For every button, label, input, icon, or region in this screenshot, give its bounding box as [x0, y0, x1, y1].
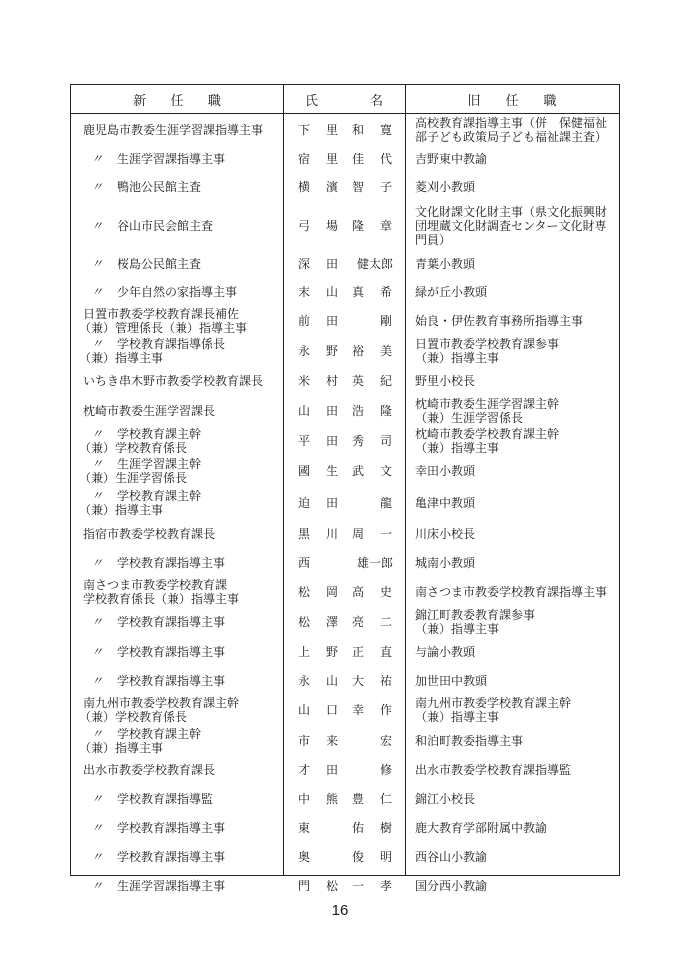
- header-char: 任: [170, 90, 183, 109]
- name-char: 龍: [379, 496, 393, 510]
- name-char: 健太郎: [357, 257, 393, 271]
- old-post-text: 枕崎市教委生涯学習課主幹: [415, 397, 617, 411]
- person-name: 中熊豊仁: [297, 792, 393, 806]
- new-post-text: （兼）指導主事: [79, 741, 281, 755]
- new-post-text: 学校教育課指導主事: [111, 674, 225, 688]
- name-char: 田: [325, 257, 339, 271]
- name-char: 正: [351, 645, 365, 659]
- name-char: 山: [325, 674, 339, 688]
- name-char: 二: [379, 615, 393, 629]
- new-post-text: （兼）学校教育係長: [79, 441, 281, 455]
- ditto-mark: 〃: [83, 821, 111, 835]
- old-post-cell: 城南小教頭: [415, 549, 617, 577]
- header-char: 職: [543, 90, 556, 109]
- table-row: 南九州市教委学校教育課主幹（兼）学校教育係長山口幸作南九州市教委学校教育課主幹（…: [71, 695, 619, 725]
- table-row: 指宿市教委学校教育課長黒川周一川床小校長: [71, 519, 619, 549]
- name-cell: 永山大祐: [297, 666, 393, 695]
- new-post-text: 鴨池公民館主査: [111, 180, 201, 194]
- name-char: 山: [297, 703, 311, 717]
- person-name: 奥俊明: [297, 850, 393, 864]
- name-cell: 黒川周一: [297, 519, 393, 549]
- new-post-cell: いちき串木野市教委学校教育課長: [83, 366, 281, 396]
- name-char: 寛: [379, 123, 393, 137]
- name-char: 宏: [379, 734, 393, 748]
- person-name: 西雄一郎: [297, 556, 393, 570]
- name-char: 和: [351, 123, 365, 137]
- name-char: 上: [297, 645, 311, 659]
- name-char: 作: [379, 703, 393, 717]
- name-char: 野: [325, 344, 339, 358]
- ditto-mark: 〃: [83, 457, 111, 471]
- name-char: 明: [379, 850, 393, 864]
- person-name: 松岡高史: [297, 585, 393, 599]
- name-char: 生: [325, 464, 339, 478]
- new-post-text: 学校教育課指導主事: [111, 615, 225, 629]
- old-post-text: 団埋蔵文化財調査センター文化財専: [415, 219, 617, 233]
- new-post-cell: 〃学校教育課主幹（兼）学校教育係長: [83, 426, 281, 456]
- old-post-text: 西谷山小教諭: [415, 850, 617, 864]
- new-post-text: 少年自然の家指導主事: [111, 285, 237, 299]
- name-char: 前: [297, 314, 311, 328]
- name-char: 場: [325, 219, 339, 233]
- name-cell: 前田剛: [297, 306, 393, 336]
- new-post-text: 学校教育課指導主事: [111, 821, 225, 835]
- old-post-cell: 与論小教頭: [415, 637, 617, 666]
- name-cell: 永野裕美: [297, 336, 393, 366]
- table-row: 鹿児島市教委生涯学習課指導主事下里和寛高校教育課指導主事（併 保健福祉部子ども政…: [71, 115, 619, 145]
- name-char: 秀: [351, 434, 365, 448]
- header-char: 新: [133, 90, 146, 109]
- old-post-text: 野里小校長: [415, 374, 617, 388]
- person-name: 迫田龍: [297, 496, 393, 510]
- old-post-cell: 文化財課文化財主事（県文化振興財団埋蔵文化財調査センター文化財専門員）: [415, 202, 617, 249]
- person-name: 永山大祐: [297, 674, 393, 688]
- name-char: 仁: [379, 792, 393, 806]
- name-char: 祐: [379, 674, 393, 688]
- ditto-mark: 〃: [83, 219, 111, 233]
- name-char: 末: [297, 285, 311, 299]
- name-char: 澤: [325, 615, 339, 629]
- new-post-text: （兼）指導主事: [79, 351, 281, 365]
- header-char: 職: [208, 90, 221, 109]
- old-post-cell: 幸田小教頭: [415, 456, 617, 486]
- name-char: 孝: [379, 879, 393, 893]
- name-char: 熊: [325, 792, 339, 806]
- new-post-line: 〃学校教育課指導主事: [83, 645, 281, 659]
- name-char: 迫: [297, 496, 311, 510]
- person-name: 永野裕美: [297, 344, 393, 358]
- old-post-text: 菱刈小教頭: [415, 180, 617, 194]
- name-cell: 市来宏: [297, 725, 393, 756]
- old-post-text: （兼）生涯学習係長: [415, 411, 617, 425]
- name-char: [325, 821, 339, 835]
- ditto-mark: 〃: [83, 674, 111, 688]
- person-name: 山口幸作: [297, 703, 393, 717]
- name-char: 永: [297, 344, 311, 358]
- name-char: 國: [297, 464, 311, 478]
- name-char: 佑: [351, 821, 365, 835]
- name-char: 浩: [351, 404, 365, 418]
- ditto-mark: 〃: [83, 615, 111, 629]
- new-post-cell: 〃学校教育課指導主事: [83, 637, 281, 666]
- person-name: 弓場隆章: [297, 219, 393, 233]
- ditto-mark: 〃: [83, 257, 111, 271]
- old-post-cell: 南九州市教委学校教育課主幹（兼）指導主事: [415, 695, 617, 725]
- person-name: 松澤亮二: [297, 615, 393, 629]
- old-post-text: （兼）指導主事: [415, 710, 617, 724]
- name-char: 平: [297, 434, 311, 448]
- new-post-cell: 〃学校教育課指導係長（兼）指導主事: [83, 336, 281, 366]
- old-post-text: 南九州市教委学校教育課主幹: [415, 696, 617, 710]
- old-post-cell: 青葉小教頭: [415, 249, 617, 278]
- name-char: 希: [379, 285, 393, 299]
- name-char: 裕: [351, 344, 365, 358]
- name-char: 真: [351, 285, 365, 299]
- name-char: 直: [379, 645, 393, 659]
- new-post-line: 〃生涯学習課指導主事: [83, 152, 281, 166]
- name-char: 樹: [379, 821, 393, 835]
- name-char: 米: [297, 374, 311, 388]
- old-post-cell: 南さつま市教委学校教育課指導主事: [415, 577, 617, 607]
- new-post-text: 日置市教委学校教育課長補佐: [83, 307, 281, 321]
- table-row: 〃桜島公民館主査深田健太郎青葉小教頭: [71, 249, 619, 278]
- new-post-text: 生涯学習課指導主事: [111, 152, 225, 166]
- name-cell: 松岡高史: [297, 577, 393, 607]
- old-post-cell: 始良・伊佐教育事務所指導主事: [415, 306, 617, 336]
- ditto-mark: 〃: [83, 337, 111, 351]
- name-char: 川: [325, 527, 339, 541]
- ditto-mark: 〃: [83, 850, 111, 864]
- table-row: 〃学校教育課主幹（兼）指導主事市来宏和泊町教委指導主事: [71, 725, 619, 756]
- new-post-text: 学校教育課指導主事: [111, 850, 225, 864]
- ditto-mark: 〃: [83, 645, 111, 659]
- name-char: 黒: [297, 527, 311, 541]
- old-post-text: 鹿大教育学部附属中教諭: [415, 821, 617, 835]
- person-name: 前田剛: [297, 314, 393, 328]
- name-char: [325, 850, 339, 864]
- name-cell: 東佑樹: [297, 813, 393, 842]
- table-row: 〃谷山市民会館主査弓場隆章文化財課文化財主事（県文化振興財団埋蔵文化財調査センタ…: [71, 202, 619, 249]
- name-char: 村: [325, 374, 339, 388]
- new-post-cell: 〃学校教育課指導監: [83, 784, 281, 813]
- new-post-text: 学校教育課指導監: [111, 792, 213, 806]
- name-cell: 迫田龍: [297, 486, 393, 519]
- old-post-text: 青葉小教頭: [415, 257, 617, 271]
- old-post-text: （兼）指導主事: [415, 622, 617, 636]
- old-post-text: （兼）指導主事: [415, 351, 617, 365]
- ditto-mark: 〃: [83, 556, 111, 570]
- name-char: 里: [325, 152, 339, 166]
- new-post-text: 学校教育課指導係長: [111, 337, 225, 351]
- table-row: 〃学校教育課指導主事永山大祐加世田中教頭: [71, 666, 619, 695]
- new-post-text: 学校教育課指導主事: [111, 556, 225, 570]
- name-char: 智: [351, 180, 365, 194]
- new-post-text: 学校教育課主幹: [111, 427, 201, 441]
- name-char: 修: [379, 763, 393, 777]
- name-char: 大: [351, 674, 365, 688]
- name-cell: 宿里佳代: [297, 145, 393, 172]
- new-post-cell: 〃学校教育課指導主事: [83, 549, 281, 577]
- header-name: 氏 名: [283, 85, 405, 114]
- new-post-line: 〃学校教育課主幹: [83, 427, 281, 441]
- ditto-mark: 〃: [83, 879, 111, 893]
- name-char: 田: [325, 434, 339, 448]
- new-post-line: 〃学校教育課指導主事: [83, 674, 281, 688]
- old-post-text: 亀津中教頭: [415, 496, 617, 510]
- name-cell: 上野正直: [297, 637, 393, 666]
- name-cell: 中熊豊仁: [297, 784, 393, 813]
- old-post-cell: 川床小校長: [415, 519, 617, 549]
- old-post-text: 加世田中教頭: [415, 674, 617, 688]
- new-post-line: 〃生涯学習課指導主事: [83, 879, 281, 893]
- old-post-cell: 西谷山小教諭: [415, 842, 617, 871]
- old-post-cell: 吉野東中教諭: [415, 145, 617, 172]
- name-char: 東: [297, 821, 311, 835]
- name-cell: 奥俊明: [297, 842, 393, 871]
- name-char: 野: [325, 645, 339, 659]
- name-char: 文: [379, 464, 393, 478]
- name-cell: 才田修: [297, 756, 393, 784]
- old-post-text: 和泊町教委指導主事: [415, 734, 617, 748]
- name-cell: 平田秀司: [297, 426, 393, 456]
- header-new-post: 新 任 職: [71, 85, 283, 114]
- new-post-cell: 〃学校教育課主幹（兼）指導主事: [83, 486, 281, 519]
- name-char: 来: [325, 734, 339, 748]
- name-char: 下: [297, 123, 311, 137]
- name-char: 山: [297, 404, 311, 418]
- ditto-mark: 〃: [83, 792, 111, 806]
- name-char: 門: [297, 879, 311, 893]
- name-char: 一: [379, 527, 393, 541]
- table-row: 〃学校教育課指導係長（兼）指導主事永野裕美日置市教委学校教育課参事（兼）指導主事: [71, 336, 619, 366]
- person-name: 黒川周一: [297, 527, 393, 541]
- name-char: 松: [297, 615, 311, 629]
- person-name: 門松一孝: [297, 879, 393, 893]
- old-post-text: 部子ども政策局子ども福祉課主査）: [415, 130, 617, 144]
- new-post-line: 〃生涯学習課主幹: [83, 457, 281, 471]
- ditto-mark: 〃: [83, 180, 111, 194]
- header-old-post: 旧 任 職: [405, 85, 619, 114]
- new-post-line: 〃鴨池公民館主査: [83, 180, 281, 194]
- new-post-cell: 〃学校教育課主幹（兼）指導主事: [83, 725, 281, 756]
- person-name: 才田修: [297, 763, 393, 777]
- new-post-line: 〃学校教育課指導主事: [83, 556, 281, 570]
- name-char: 亮: [351, 615, 365, 629]
- new-post-text: 桜島公民館主査: [111, 257, 201, 271]
- name-cell: 深田健太郎: [297, 249, 393, 278]
- name-char: 田: [325, 404, 339, 418]
- old-post-text: 国分西小教諭: [415, 879, 617, 893]
- old-post-cell: 鹿大教育学部附属中教諭: [415, 813, 617, 842]
- new-post-cell: 〃桜島公民館主査: [83, 249, 281, 278]
- person-name: 横濱智子: [297, 180, 393, 194]
- old-post-text: 枕崎市教委学校教育課主幹: [415, 427, 617, 441]
- new-post-text: （兼）学校教育係長: [79, 710, 281, 724]
- name-char: 俊: [351, 850, 365, 864]
- old-post-text: 文化財課文化財主事（県文化振興財: [415, 205, 617, 219]
- name-char: 雄一郎: [357, 556, 393, 570]
- table-row: 〃学校教育課指導主事松澤亮二錦江町教委教育課参事（兼）指導主事: [71, 607, 619, 637]
- old-post-cell: 錦江小校長: [415, 784, 617, 813]
- new-post-cell: 指宿市教委学校教育課長: [83, 519, 281, 549]
- old-post-cell: 亀津中教頭: [415, 486, 617, 519]
- page-number: 16: [0, 902, 680, 919]
- old-post-text: （兼）指導主事: [415, 441, 617, 455]
- ditto-mark: 〃: [83, 427, 111, 441]
- name-char: 濱: [325, 180, 339, 194]
- name-char: 佳: [351, 152, 365, 166]
- table-row: 出水市教委学校教育課長才田修出水市教委学校教育課指導監: [71, 756, 619, 784]
- new-post-text: 学校教育課主幹: [111, 727, 201, 741]
- name-char: 田: [325, 496, 339, 510]
- new-post-text: 谷山市民会館主査: [111, 219, 213, 233]
- person-name: 宿里佳代: [297, 152, 393, 166]
- name-char: 美: [379, 344, 393, 358]
- old-post-cell: 和泊町教委指導主事: [415, 725, 617, 756]
- old-post-text: 出水市教委学校教育課指導監: [415, 763, 617, 777]
- name-char: 一: [351, 879, 365, 893]
- name-char: 松: [297, 585, 311, 599]
- header-char: 氏: [305, 90, 318, 109]
- name-char: 章: [379, 219, 393, 233]
- table-row: 〃学校教育課指導主事東佑樹鹿大教育学部附属中教諭: [71, 813, 619, 842]
- old-post-cell: 出水市教委学校教育課指導監: [415, 756, 617, 784]
- new-post-text: 枕崎市教委生涯学習課長: [83, 404, 281, 418]
- name-char: 代: [379, 152, 393, 166]
- new-post-text: 生涯学習課指導主事: [111, 879, 225, 893]
- old-post-cell: 日置市教委学校教育課参事（兼）指導主事: [415, 336, 617, 366]
- table-row: 〃学校教育課主幹（兼）学校教育係長平田秀司枕崎市教委学校教育課主幹（兼）指導主事: [71, 426, 619, 456]
- name-char: 永: [297, 674, 311, 688]
- new-post-text: 鹿児島市教委生涯学習課指導主事: [83, 123, 281, 137]
- old-post-text: 城南小教頭: [415, 556, 617, 570]
- old-post-cell: 枕崎市教委生涯学習課主幹（兼）生涯学習係長: [415, 396, 617, 426]
- name-char: 岡: [325, 585, 339, 599]
- new-post-text: 指宿市教委学校教育課長: [83, 527, 281, 541]
- new-post-text: 南九州市教委学校教育課主幹: [83, 696, 281, 710]
- old-post-text: 川床小校長: [415, 527, 617, 541]
- ditto-mark: 〃: [83, 727, 111, 741]
- name-cell: 山口幸作: [297, 695, 393, 725]
- name-char: 才: [297, 763, 311, 777]
- new-post-cell: 枕崎市教委生涯学習課長: [83, 396, 281, 426]
- new-post-text: （兼）管理係長（兼）指導主事: [79, 321, 281, 335]
- new-post-line: 〃少年自然の家指導主事: [83, 285, 281, 299]
- new-post-cell: 〃鴨池公民館主査: [83, 172, 281, 202]
- person-name: 東佑樹: [297, 821, 393, 835]
- name-cell: 下里和寛: [297, 115, 393, 145]
- old-post-cell: 高校教育課指導主事（併 保健福祉部子ども政策局子ども福祉課主査）: [415, 115, 617, 145]
- name-char: 深: [297, 257, 311, 271]
- new-post-line: 〃学校教育課指導監: [83, 792, 281, 806]
- header-char: 旧: [467, 90, 480, 109]
- table-row: 〃学校教育課指導監中熊豊仁錦江小校長: [71, 784, 619, 813]
- old-post-cell: 野里小校長: [415, 366, 617, 396]
- old-post-text: 錦江小校長: [415, 792, 617, 806]
- name-char: 周: [351, 527, 365, 541]
- table-row: 〃学校教育課指導主事奥俊明西谷山小教諭: [71, 842, 619, 871]
- old-post-text: 吉野東中教諭: [415, 152, 617, 166]
- name-char: 紀: [379, 374, 393, 388]
- name-char: 宿: [297, 152, 311, 166]
- old-post-cell: 枕崎市教委学校教育課主幹（兼）指導主事: [415, 426, 617, 456]
- old-post-text: 高校教育課指導主事（併 保健福祉: [415, 116, 617, 130]
- name-char: 隆: [351, 219, 365, 233]
- old-post-text: 始良・伊佐教育事務所指導主事: [415, 314, 617, 328]
- table-row: 南さつま市教委学校教育課学校教育係長（兼）指導主事松岡高史南さつま市教委学校教育…: [71, 577, 619, 607]
- header-char: 任: [505, 90, 518, 109]
- table-row: 〃鴨池公民館主査横濱智子菱刈小教頭: [71, 172, 619, 202]
- new-post-line: 〃学校教育課指導主事: [83, 615, 281, 629]
- name-cell: 末山真希: [297, 278, 393, 306]
- name-char: 剛: [379, 314, 393, 328]
- new-post-cell: 〃学校教育課指導主事: [83, 813, 281, 842]
- person-name: 深田健太郎: [297, 257, 393, 271]
- new-post-text: 生涯学習課主幹: [111, 457, 201, 471]
- person-name: 國生武文: [297, 464, 393, 478]
- new-post-cell: 南さつま市教委学校教育課学校教育係長（兼）指導主事: [83, 577, 281, 607]
- new-post-line: 〃学校教育課主幹: [83, 727, 281, 741]
- ditto-mark: 〃: [83, 152, 111, 166]
- new-post-line: 〃学校教育課指導係長: [83, 337, 281, 351]
- person-name: 山田浩隆: [297, 404, 393, 418]
- new-post-cell: 〃学校教育課指導主事: [83, 607, 281, 637]
- person-name: 米村英紀: [297, 374, 393, 388]
- person-name: 上野正直: [297, 645, 393, 659]
- old-post-cell: 錦江町教委教育課参事（兼）指導主事: [415, 607, 617, 637]
- name-cell: 横濱智子: [297, 172, 393, 202]
- name-char: 隆: [379, 404, 393, 418]
- old-post-text: 幸田小教頭: [415, 464, 617, 478]
- new-post-cell: 南九州市教委学校教育課主幹（兼）学校教育係長: [83, 695, 281, 725]
- old-post-text: 与論小教頭: [415, 645, 617, 659]
- new-post-text: 学校教育課主幹: [111, 489, 201, 503]
- name-cell: 弓場隆章: [297, 202, 393, 249]
- new-post-cell: 鹿児島市教委生涯学習課指導主事: [83, 115, 281, 145]
- name-char: 武: [351, 464, 365, 478]
- old-post-text: 緑が丘小教頭: [415, 285, 617, 299]
- old-post-cell: 国分西小教諭: [415, 871, 617, 901]
- new-post-cell: 日置市教委学校教育課長補佐（兼）管理係長（兼）指導主事: [83, 306, 281, 336]
- new-post-line: 〃学校教育課主幹: [83, 489, 281, 503]
- new-post-cell: 〃学校教育課指導主事: [83, 842, 281, 871]
- new-post-text: （兼）生涯学習係長: [79, 471, 281, 485]
- name-cell: 門松一孝: [297, 871, 393, 901]
- new-post-cell: 〃少年自然の家指導主事: [83, 278, 281, 306]
- name-cell: 山田浩隆: [297, 396, 393, 426]
- name-char: 里: [325, 123, 339, 137]
- new-post-cell: 出水市教委学校教育課長: [83, 756, 281, 784]
- table-row: 〃少年自然の家指導主事末山真希緑が丘小教頭: [71, 278, 619, 306]
- new-post-text: （兼）指導主事: [79, 503, 281, 517]
- new-post-cell: 〃生涯学習課指導主事: [83, 871, 281, 901]
- old-post-text: 門員）: [415, 233, 617, 247]
- new-post-line: 〃桜島公民館主査: [83, 257, 281, 271]
- table-row: 〃生涯学習課主幹（兼）生涯学習係長國生武文幸田小教頭: [71, 456, 619, 486]
- new-post-line: 〃谷山市民会館主査: [83, 219, 281, 233]
- table-row: 枕崎市教委生涯学習課長山田浩隆枕崎市教委生涯学習課主幹（兼）生涯学習係長: [71, 396, 619, 426]
- name-char: 豊: [351, 792, 365, 806]
- table-row: 〃学校教育課主幹（兼）指導主事迫田龍亀津中教頭: [71, 486, 619, 519]
- personnel-table: 新 任 職 氏 名 旧 任 職 鹿児島市教委生涯学習課指導主事下里和寛高校教育課…: [70, 84, 620, 876]
- name-char: 西: [297, 556, 311, 570]
- new-post-text: 南さつま市教委学校教育課: [83, 578, 281, 592]
- person-name: 末山真希: [297, 285, 393, 299]
- table-row: 〃生涯学習課指導主事宿里佳代吉野東中教諭: [71, 145, 619, 172]
- header-char: 名: [370, 90, 383, 109]
- name-char: 子: [379, 180, 393, 194]
- new-post-cell: 〃谷山市民会館主査: [83, 202, 281, 249]
